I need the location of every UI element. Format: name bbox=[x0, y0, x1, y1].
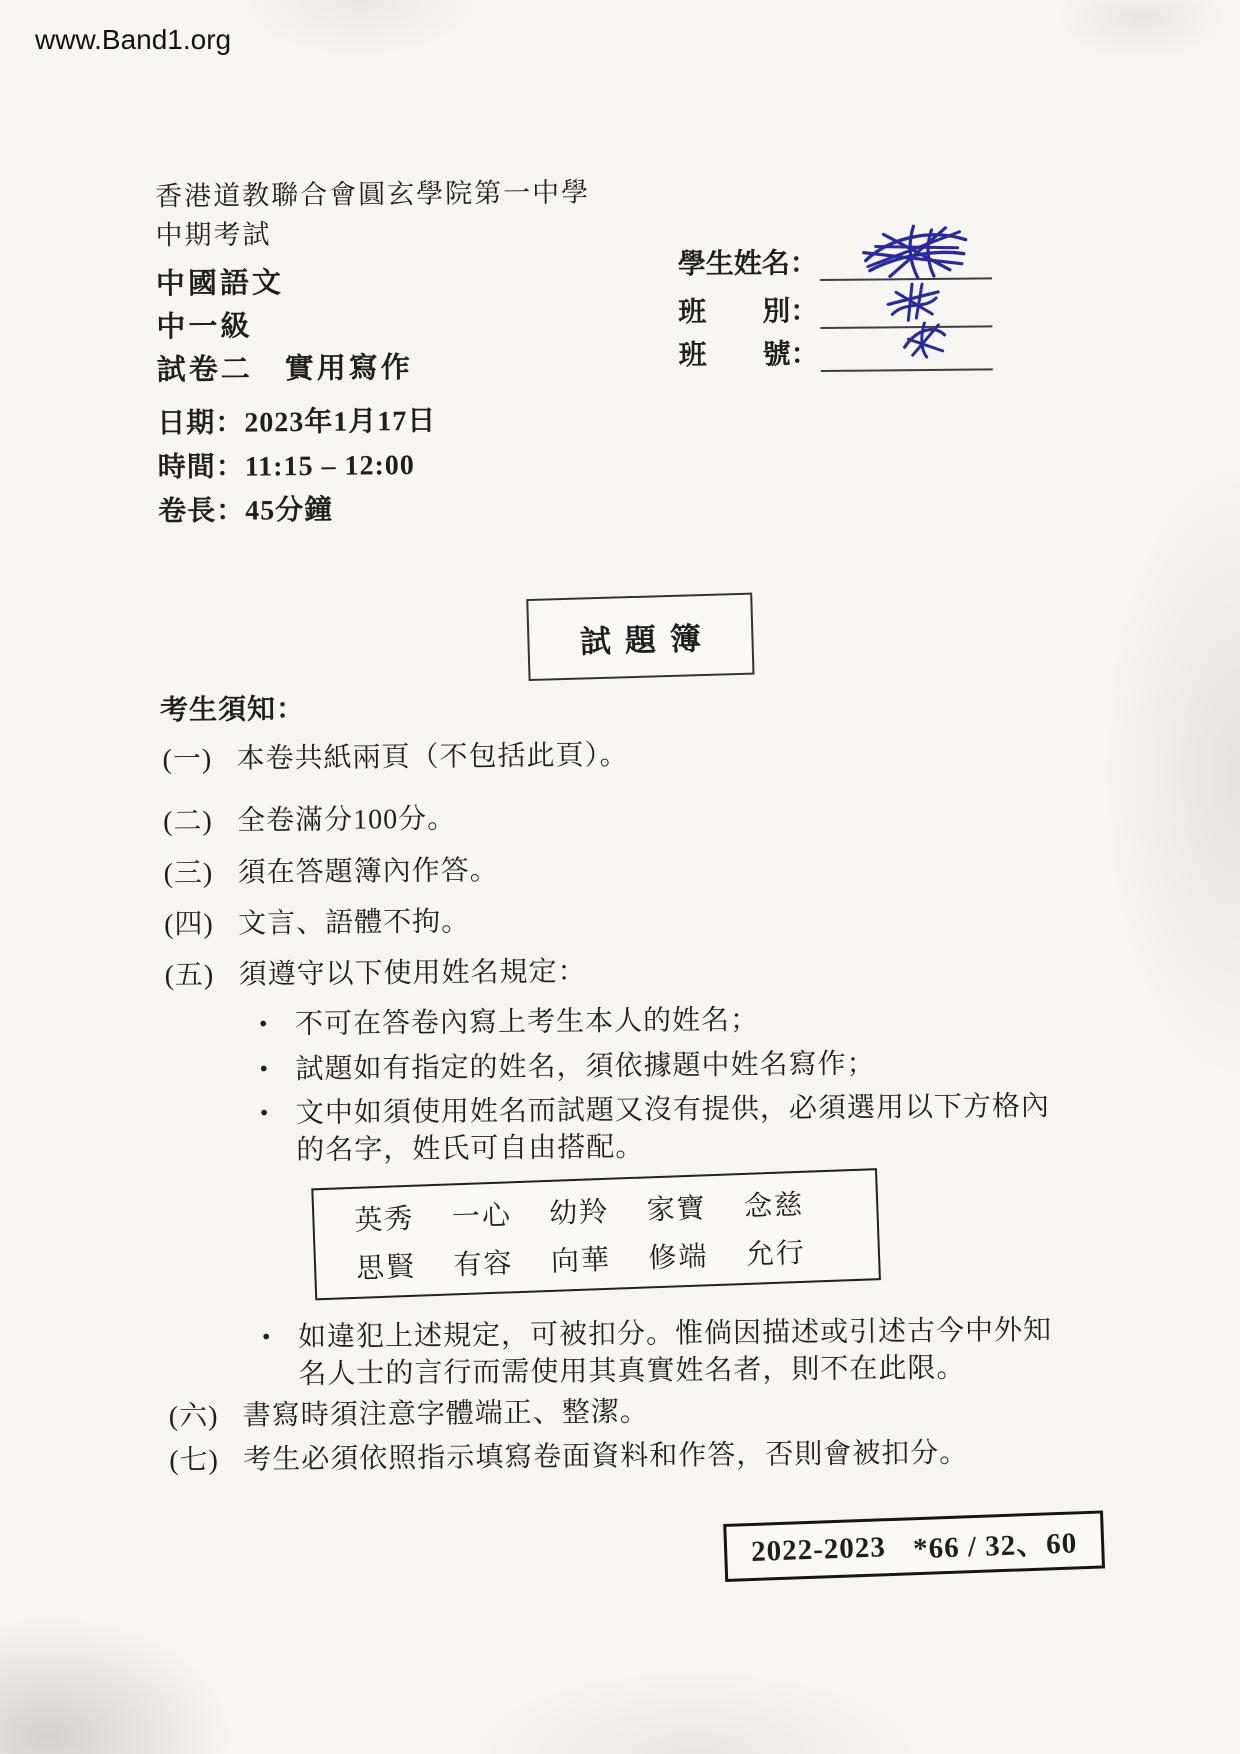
paper-code-box: 2022-2023 *66 / 32、60 bbox=[723, 1510, 1105, 1582]
name-rule-bullet: • 試題如有指定的姓名，須依據題中姓名寫作； bbox=[259, 1044, 1061, 1089]
name-rule-bullet: • 不可在答卷內寫上考生本人的姓名； bbox=[259, 999, 1061, 1044]
class-label: 班 別： bbox=[678, 289, 820, 330]
notice-item: (四) 文言、語體不拘。 bbox=[164, 903, 470, 944]
form-level: 中一級 bbox=[156, 304, 252, 346]
candidate-notes-title: 考生須知： bbox=[160, 687, 305, 728]
class-number-line bbox=[820, 332, 992, 372]
notice-text: 書寫時須注意字體端正、整潔。 bbox=[243, 1394, 649, 1436]
allowed-name: 幼羚 bbox=[549, 1190, 610, 1232]
scanned-exam-page: www.Band1.org 香港道教聯合會圓玄學院第一中學 中期考試 中國語文 … bbox=[0, 0, 1240, 1754]
bullet-dot: • bbox=[259, 1051, 295, 1088]
notice-number: (六) bbox=[169, 1398, 243, 1437]
handwritten-name-scribble bbox=[859, 220, 976, 285]
notice-text: 本卷共紙兩頁（不包括此頁）。 bbox=[236, 737, 628, 779]
allowed-name: 允行 bbox=[745, 1231, 806, 1273]
notice-item: (二) 全卷滿分100分。 bbox=[163, 801, 456, 842]
allowed-name: 思賢 bbox=[355, 1245, 416, 1287]
class-number-field: 班 號： bbox=[678, 330, 992, 373]
exam-name: 中期考試 bbox=[155, 212, 271, 252]
notice-text: 考生必須依照指示填寫卷面資料和作答，否則會被扣分。 bbox=[243, 1435, 968, 1480]
bullet-dot: • bbox=[262, 1319, 299, 1393]
subject-name: 中國語文 bbox=[156, 260, 284, 302]
bullet-dot: • bbox=[260, 1095, 297, 1169]
bullet-dot: • bbox=[259, 1006, 295, 1043]
allowed-name: 有容 bbox=[453, 1241, 514, 1283]
notice-text: 須遵守以下使用姓名規定： bbox=[238, 953, 586, 994]
allowed-name: 向華 bbox=[550, 1238, 611, 1280]
paper-code: *66 / 32、60 bbox=[912, 1520, 1077, 1567]
school-name: 香港道教聯合會圓玄學院第一中學 bbox=[155, 170, 590, 213]
notice-number: (七) bbox=[169, 1442, 243, 1481]
student-name-label: 學生姓名： bbox=[678, 241, 820, 282]
bullet-text: 如違犯上述規定，可被扣分。惟倘因描述或引述古今中外知名人士的言行而需使用其真實姓… bbox=[298, 1312, 1065, 1393]
notice-item: (三) 須在答題簿內作答。 bbox=[163, 852, 498, 893]
handwritten-number-scribble bbox=[898, 317, 950, 363]
name-rule-bullet: • 文中如須使用姓名而試題又沒有提供，必須選用以下方格內的名字，姓氏可自由搭配。 bbox=[260, 1088, 1063, 1170]
exam-date: 日期：2023年1月17日 bbox=[157, 399, 436, 442]
notice-item: (六) 書寫時須注意字體端正、整潔。 bbox=[169, 1394, 649, 1437]
notice-number: (二) bbox=[163, 803, 237, 842]
bullet-text: 試題如有指定的姓名，須依據題中姓名寫作； bbox=[295, 1044, 1061, 1088]
allowed-name: 英秀 bbox=[354, 1197, 415, 1239]
paper-title: 試卷二 實用寫作 bbox=[157, 345, 413, 388]
notice-number: (一) bbox=[162, 741, 236, 780]
notice-item: (五) 須遵守以下使用姓名規定： bbox=[164, 953, 586, 995]
notice-text: 全卷滿分100分。 bbox=[237, 801, 456, 841]
notice-text: 須在答題簿內作答。 bbox=[237, 852, 498, 893]
notice-item: (七) 考生必須依照指示填寫卷面資料和作答，否則會被扣分。 bbox=[169, 1435, 968, 1481]
student-name-field: 學生姓名： bbox=[678, 239, 992, 282]
exam-time: 時間：11:15 – 12:00 bbox=[158, 443, 415, 485]
notice-number: (三) bbox=[163, 855, 237, 894]
notice-item: (一) 本卷共紙兩頁（不包括此頁）。 bbox=[162, 737, 628, 779]
notice-text: 文言、語體不拘。 bbox=[238, 903, 470, 943]
question-booklet-box: 試題簿 bbox=[526, 593, 754, 681]
allowed-name: 念慈 bbox=[743, 1183, 804, 1225]
name-rule-bullet: • 如違犯上述規定，可被扣分。惟倘因描述或引述古今中外知名人士的言行而需使用其真… bbox=[262, 1312, 1065, 1394]
school-year: 2022-2023 bbox=[751, 1531, 887, 1569]
bullet-text: 文中如須使用姓名而試題又沒有提供，必須選用以下方格內的名字，姓氏可自由搭配。 bbox=[296, 1088, 1063, 1169]
exam-duration: 卷長：45分鐘 bbox=[158, 488, 333, 530]
notice-number: (五) bbox=[164, 957, 238, 996]
student-name-line bbox=[820, 241, 992, 281]
notice-number: (四) bbox=[164, 906, 238, 945]
scan-content: 香港道教聯合會圓玄學院第一中學 中期考試 中國語文 中一級 試卷二 實用寫作 日… bbox=[0, 0, 1240, 1754]
allowed-name: 家寶 bbox=[646, 1186, 707, 1228]
allowed-name: 修端 bbox=[648, 1234, 709, 1276]
bullet-text: 不可在答卷內寫上考生本人的姓名； bbox=[295, 999, 1061, 1043]
allowed-names-box: 英秀 一心 幼羚 家寶 念慈 思賢 有容 向華 修端 允行 bbox=[311, 1168, 881, 1300]
allowed-name: 一心 bbox=[451, 1193, 512, 1235]
class-number-label: 班 號： bbox=[678, 332, 820, 373]
question-booklet-label: 試題簿 bbox=[565, 612, 715, 661]
